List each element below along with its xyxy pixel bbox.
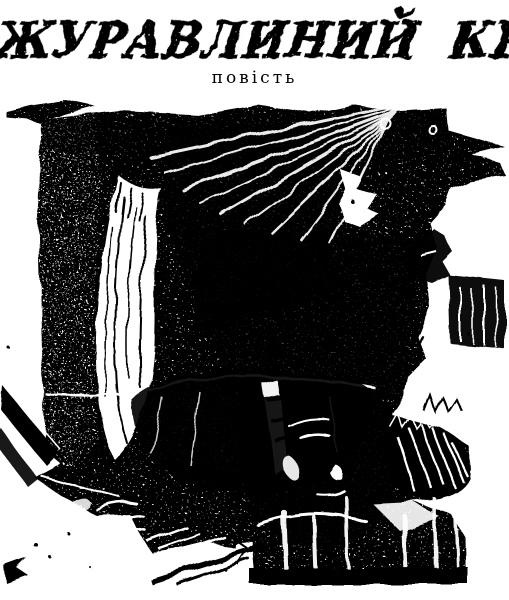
book-subtitle: повість xyxy=(0,68,509,88)
book-title: ЖУРАВЛИНИЙ КРИК xyxy=(0,0,509,68)
woodcut-illustration xyxy=(0,97,509,587)
book-page: ЖУРАВЛИНИЙ КРИК повість xyxy=(0,0,509,600)
